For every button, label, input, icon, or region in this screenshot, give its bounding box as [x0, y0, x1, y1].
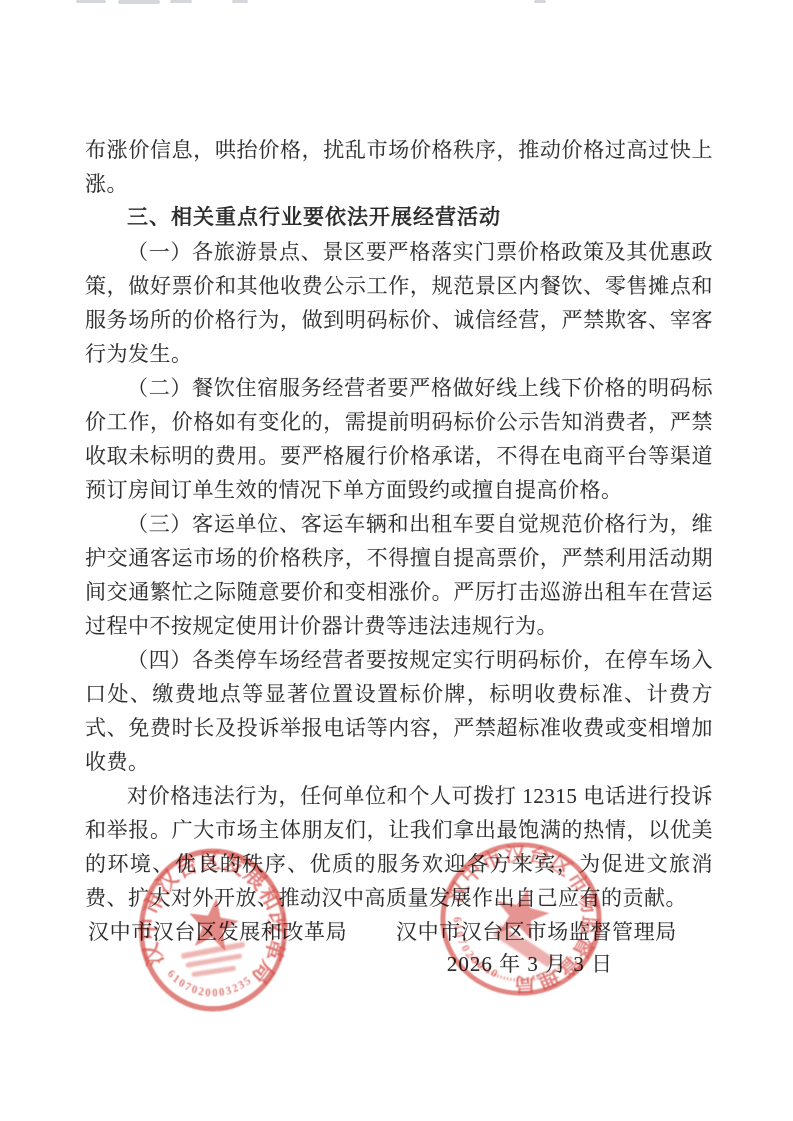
signature-left-agency: 汉中市汉台区发展和改革局: [88, 916, 347, 946]
paragraph-item-1: （一）各旅游景点、景区要严格落实门票价格政策及其优惠政策，做好票价和其他收费公示…: [85, 235, 713, 371]
paragraph-closing: 对价格违法行为，任何单位和个人可拨打 12315 电话进行投诉和举报。广大市场主…: [85, 779, 713, 915]
paragraph-item-3: （三）客运单位、客运车辆和出租车要自觉规范价格行为，维护交通客运市场的价格秩序，…: [85, 507, 713, 643]
document-body: 布涨价信息，哄抬价格，扰乱市场价格秩序，推动价格过高过快上涨。 三、相关重点行业…: [85, 133, 713, 915]
paragraph-item-2: （二）餐饮住宿服务经营者要严格做好线上线下价格的明码标价工作，价格如有变化的，需…: [85, 371, 713, 507]
signature-date: 2026 年 3 月 3 日: [396, 948, 664, 978]
scanned-document-page: 布涨价信息，哄抬价格，扰乱市场价格秩序，推动价格过高过快上涨。 三、相关重点行业…: [0, 0, 793, 1121]
scan-edge-artifact: [0, 0, 793, 6]
section-heading: 三、相关重点行业要依法开展经营活动: [85, 201, 713, 235]
seal-serial-number: 6107020003235: [164, 967, 256, 1003]
signature-right-agency: 汉中市汉台区市场监督管理局: [396, 916, 677, 946]
paragraph-item-4: （四）各类停车场经营者要按规定实行明码标价，在停车场入口处、缴费地点等显著位置设…: [85, 643, 713, 779]
seal-inner-smudge: [181, 941, 246, 977]
paragraph-continuation: 布涨价信息，哄抬价格，扰乱市场价格秩序，推动价格过高过快上涨。: [85, 133, 713, 201]
svg-text:6107020003235: 6107020003235: [164, 967, 256, 1003]
